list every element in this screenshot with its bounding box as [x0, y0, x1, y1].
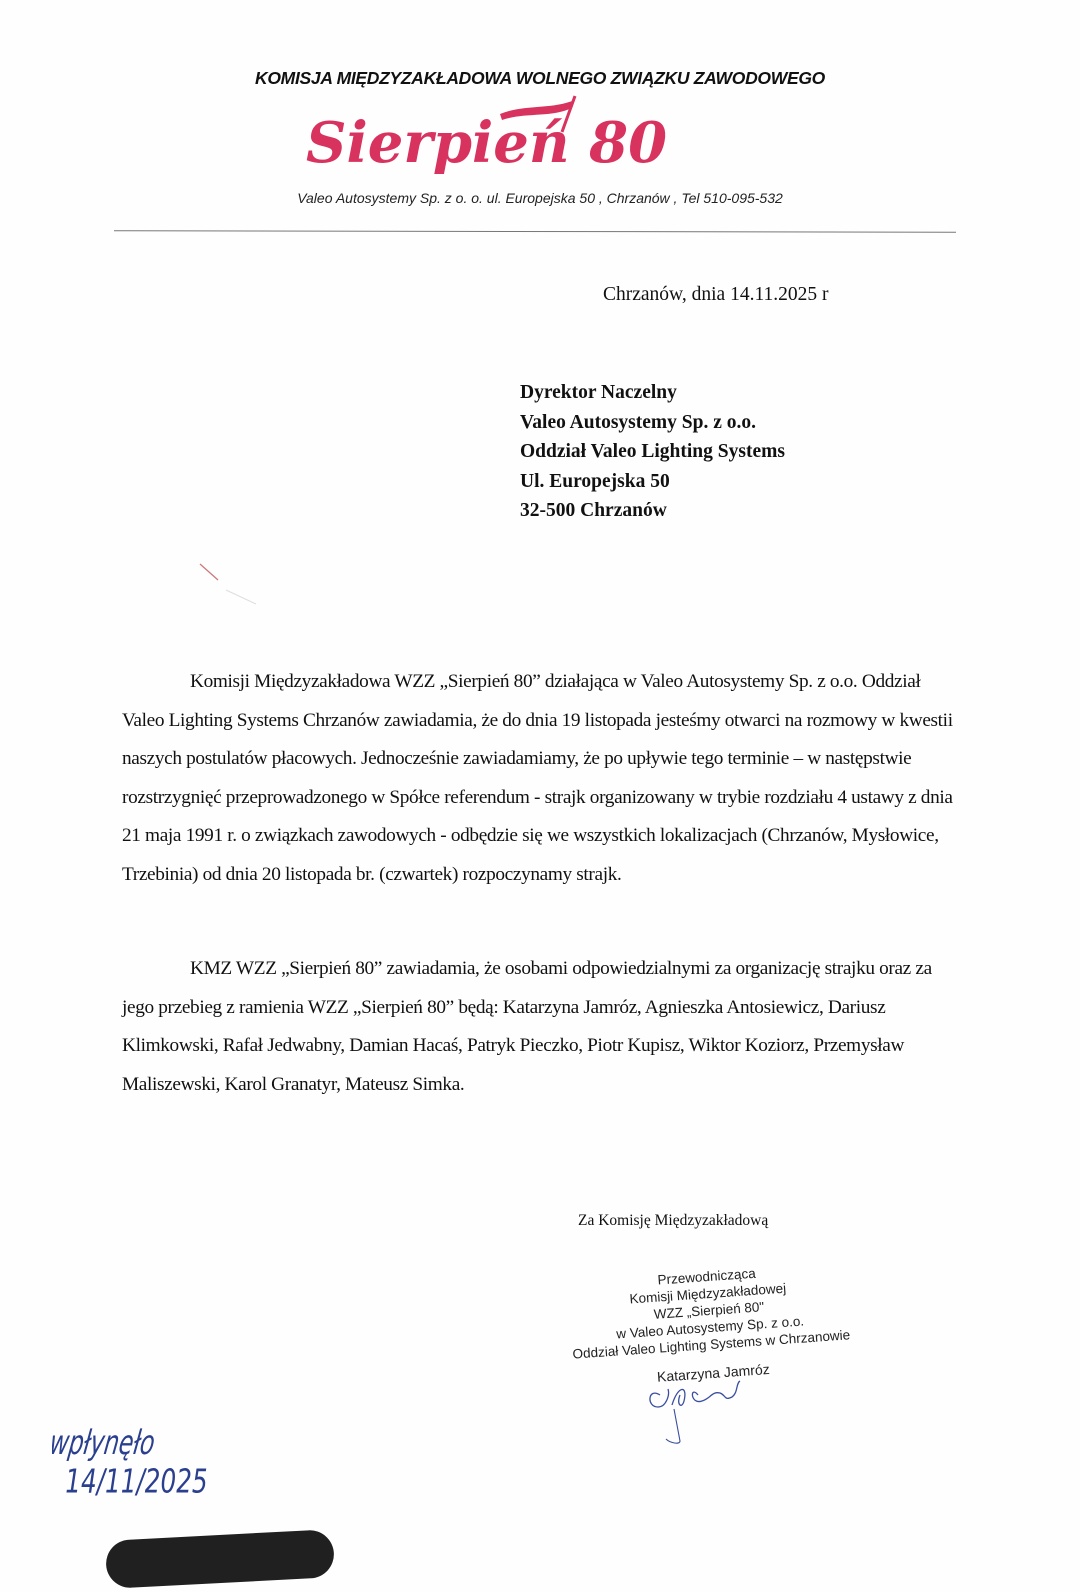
organization-header: KOMISJA MIĘDZYZAKŁADOWA WOLNEGO ZWIĄZKU … [0, 68, 1080, 89]
addressee-line: 32-500 Chrzanów [520, 496, 785, 526]
letterhead-address: Valeo Autosystemy Sp. z o. o. ul. Europe… [0, 190, 1080, 206]
redaction-bar [105, 1529, 335, 1589]
body-paragraph-1: Komisji Międzyzakładowa WZZ „Sierpień 80… [122, 663, 954, 894]
addressee-block: Dyrektor Naczelny Valeo Autosystemy Sp. … [520, 378, 785, 526]
sierpien-80-logo: Sierpień 80 [300, 92, 720, 182]
letter-page: KOMISJA MIĘDZYZAKŁADOWA WOLNEGO ZWIĄZKU … [0, 0, 1080, 1592]
note-line-2: 14/11/2025 [65, 1462, 207, 1500]
handwritten-signature [640, 1365, 760, 1445]
header-divider [114, 230, 956, 232]
logo-text: Sierpień 80 [306, 110, 667, 176]
addressee-line: Dyrektor Naczelny [520, 378, 785, 408]
note-line-1: wpłynęło [52, 1423, 157, 1462]
addressee-line: Ul. Europejska 50 [520, 467, 785, 497]
addressee-line: Valeo Autosystemy Sp. z o.o. [520, 408, 785, 438]
body-paragraph-2: KMZ WZZ „Sierpień 80” zawiadamia, że oso… [122, 950, 954, 1104]
handwritten-receipt-note: wpłynęło 14/11/2025 [52, 1415, 252, 1535]
addressee-line: Oddział Valeo Lighting Systems [520, 437, 785, 467]
scan-mark [196, 560, 266, 610]
closing-line: Za Komisję Międzyzakładową [578, 1212, 768, 1230]
date-line: Chrzanów, dnia 14.11.2025 r [603, 284, 828, 306]
